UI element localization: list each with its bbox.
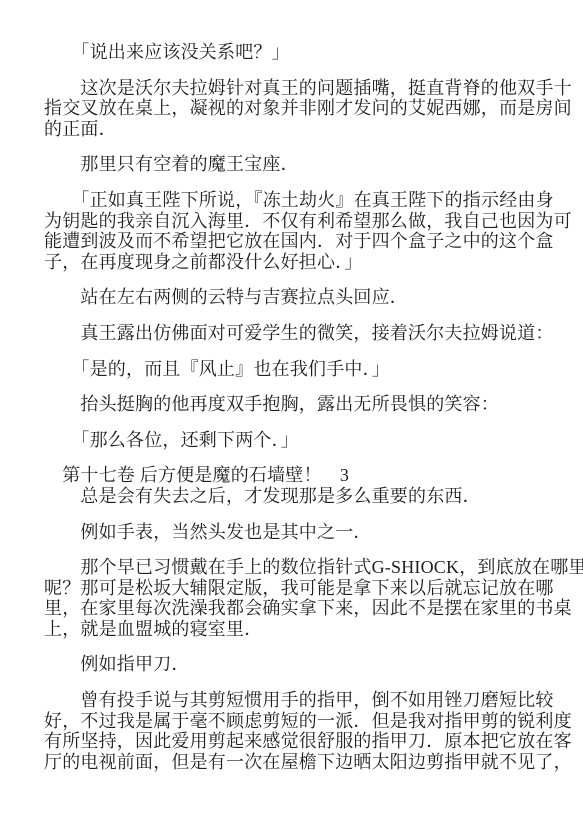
paragraph: 例如手表，当然头发也是其中之一． [44, 522, 571, 543]
text-line: 这次是沃尔夫拉姆针对真王的问题插嘴，挺直背脊的他双手十 [44, 78, 571, 99]
paragraph: 这次是沃尔夫拉姆针对真王的问题插嘴，挺直背脊的他双手十指交叉放在桌上，凝视的对象… [44, 78, 571, 140]
text-line: 呢？那可是松坂大辅限定版，我可能是拿下来以后就忘记放在哪 [44, 578, 571, 599]
text-line: 那里只有空着的魔王宝座． [44, 154, 571, 175]
text-line: 站在左右两侧的云特与吉赛拉点头回应． [44, 287, 571, 308]
text-line: 为钥匙的我亲自沉入海里．不仅有利希望那么做，我自己也因为可 [44, 211, 571, 232]
text-line: 能遭到波及而不希望把它放在国内．对于四个盒子之中的这个盒 [44, 231, 571, 252]
paragraph: 「正如真王陛下所说，『冻土劫火』在真王陛下的指示经由身为钥匙的我亲自沉入海里．不… [44, 190, 571, 272]
text-line: 好，不过我是属于毫不顾虑剪短的一派．但是我对指甲剪的锐利度 [44, 711, 571, 732]
text-line: 那个早已习惯戴在手上的数位指针式G-SHIOCK，到底放在哪里 [44, 557, 571, 578]
text-line: 厅的电视前面，但是有一次在屋檐下边晒太阳边剪指甲就不见了， [44, 752, 571, 773]
text-line: 有所坚持，因此爱用剪起来感觉很舒服的指甲刀．原本把它放在客 [44, 731, 571, 752]
text-line: 里，在家里每次洗澡我都会确实拿下来，因此不是摆在家里的书桌 [44, 598, 571, 619]
text-line: 曾有投手说与其剪短惯用手的指甲，倒不如用锉刀磨短比较 [44, 690, 571, 711]
text-line: 真王露出仿佛面对可爱学生的微笑，接着沃尔夫拉姆说道： [44, 323, 571, 344]
document-page: 「说出来应该没关系吧？」 这次是沃尔夫拉姆针对真王的问题插嘴，挺直背脊的他双手十… [0, 0, 583, 828]
paragraph: 「说出来应该没关系吧？」 [44, 42, 571, 63]
paragraph: 真王露出仿佛面对可爱学生的微笑，接着沃尔夫拉姆说道： [44, 323, 571, 344]
document-text-body: 「说出来应该没关系吧？」 这次是沃尔夫拉姆针对真王的问题插嘴，挺直背脊的他双手十… [44, 42, 571, 772]
text-line: 抬头挺胸的他再度双手抱胸，露出无所畏惧的笑容： [44, 394, 571, 415]
paragraph: 那个早已习惯戴在手上的数位指针式G-SHIOCK，到底放在哪里呢？那可是松坂大辅… [44, 557, 571, 639]
paragraph: 那里只有空着的魔王宝座． [44, 154, 571, 175]
paragraph: 「是的，而且『风止』也在我们手中．」 [44, 359, 571, 380]
paragraph: 站在左右两侧的云特与吉赛拉点头回应． [44, 287, 571, 308]
paragraph: 曾有投手说与其剪短惯用手的指甲，倒不如用锉刀磨短比较好，不过我是属于毫不顾虑剪短… [44, 690, 571, 772]
text-line: 「那么各位，还剩下两个．」 [44, 430, 571, 451]
chapter-heading: 第十七卷 后方便是魔的石墙壁！ 3 总是会有失去之后，才发现那是多么重要的东西． [44, 465, 571, 506]
chapter-title-line: 第十七卷 后方便是魔的石墙壁！ 3 [44, 465, 571, 486]
text-line: 「正如真王陛下所说，『冻土劫火』在真王陛下的指示经由身 [44, 190, 571, 211]
text-line: 的正面． [44, 119, 571, 140]
text-line: 总是会有失去之后，才发现那是多么重要的东西． [44, 486, 571, 507]
paragraph: 例如指甲刀． [44, 654, 571, 675]
text-line: 子，在再度现身之前都没什么好担心．」 [44, 252, 571, 273]
text-line: 「是的，而且『风止』也在我们手中．」 [44, 359, 571, 380]
text-line: 上，就是血盟城的寝室里． [44, 619, 571, 640]
paragraph: 抬头挺胸的他再度双手抱胸，露出无所畏惧的笑容： [44, 394, 571, 415]
text-line: 例如手表，当然头发也是其中之一． [44, 522, 571, 543]
text-line: 指交叉放在桌上，凝视的对象并非刚才发问的艾妮西娜，而是房间 [44, 98, 571, 119]
paragraph: 「那么各位，还剩下两个．」 [44, 430, 571, 451]
text-line: 例如指甲刀． [44, 654, 571, 675]
text-line: 「说出来应该没关系吧？」 [44, 42, 571, 63]
